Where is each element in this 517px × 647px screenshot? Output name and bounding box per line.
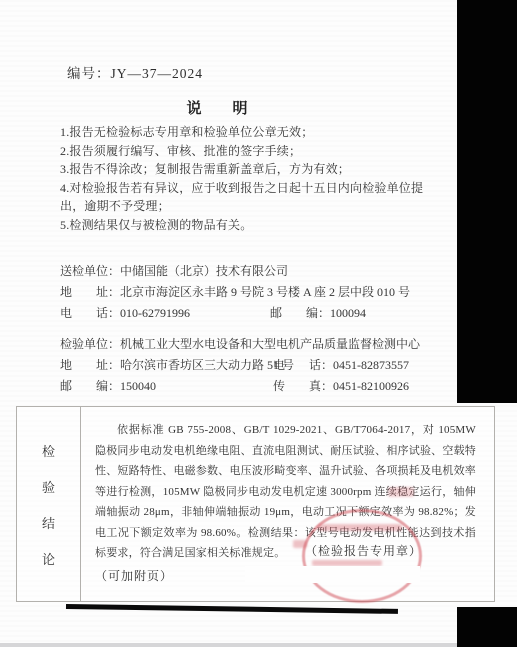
inspector-address: 地 址：哈尔滨市香坊区三大动力路 51 号 — [60, 358, 294, 372]
conclusion-row-label: 检 验 结 论 — [17, 407, 81, 601]
note-item: 2.报告须履行编写、审核、批准的签字手续； — [60, 142, 438, 161]
inspector-phone: 电 话：0451-82873557 — [273, 355, 409, 376]
conclusion-label-char: 结 — [42, 513, 55, 532]
conclusion-label-char: 论 — [42, 549, 55, 568]
conclusion-label-char: 检 — [42, 441, 55, 460]
sender-unit: 送检单位：中储国能（北京）技术有限公司 — [60, 261, 460, 282]
scan-black-strip-right — [457, 0, 517, 403]
inspector-postcode: 邮 编：150040 — [60, 379, 156, 393]
note-item: 4.对检验报告若有异议，应于收到报告之日起十五日内向检验单位提出，逾期不予受理； — [60, 179, 438, 216]
scan-page-edge-bar — [66, 604, 398, 613]
sender-phone: 电 话：010-62791996 — [60, 306, 190, 320]
scan-black-corner-bottom-right — [457, 607, 517, 647]
inspector-address-row: 地 址：哈尔滨市香坊区三大动力路 51 号 电 话：0451-82873557 — [60, 355, 480, 376]
attachment-note: （可加附页） — [95, 567, 173, 584]
redaction-whiteout — [245, 566, 420, 583]
inspector-postcode-row: 邮 编：150040 传 真：0451-82100926 — [60, 376, 480, 397]
stamp-inner-mark — [388, 487, 414, 497]
note-item: 1.报告无检验标志专用章和检验单位公章无效； — [60, 123, 438, 142]
sender-address: 地 址：北京市海淀区永丰路 9 号院 3 号楼 A 座 2 层中段 010 号 — [60, 282, 460, 303]
page-title: 说 明 — [0, 97, 442, 118]
conclusion-label-char: 验 — [42, 477, 55, 496]
stamp-inner-mark — [318, 524, 402, 531]
note-item: 5.检测结果仅与被检测的物品有关。 — [60, 216, 438, 235]
sender-section: 送检单位：中储国能（北京）技术有限公司 地 址：北京市海淀区永丰路 9 号院 3… — [60, 261, 460, 324]
sender-contact-row: 电 话：010-62791996 邮 编：100094 — [60, 303, 460, 324]
stamp-inner-mark — [293, 540, 307, 548]
inspector-section: 检验单位：机械工业大型水电设备和大型电机产品质量监督检测中心 地 址：哈尔滨市香… — [60, 334, 480, 397]
sender-postcode: 邮 编：100094 — [270, 303, 366, 324]
inspector-fax: 传 真：0451-82100926 — [273, 376, 409, 397]
scan-bottom-gray-strip — [0, 643, 517, 647]
inspector-unit: 检验单位：机械工业大型水电设备和大型电机产品质量监督检测中心 — [60, 334, 480, 355]
notes-list: 1.报告无检验标志专用章和检验单位公章无效； 2.报告须履行编写、审核、批准的签… — [60, 123, 438, 235]
report-number: 编号：JY—37—2024 — [67, 62, 203, 82]
note-item: 3.报告不得涂改；复制报告需重新盖章后，方为有效； — [60, 160, 438, 179]
